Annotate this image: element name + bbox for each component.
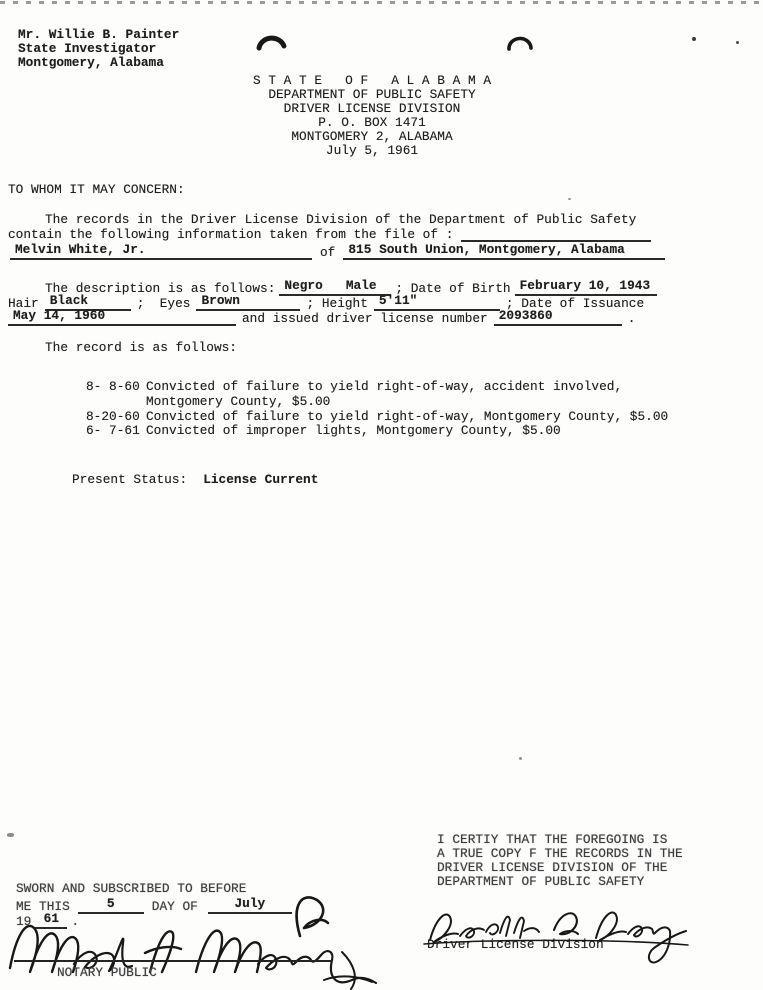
letterhead-pobox-line: P. O. BOX 1471 [197, 116, 547, 130]
record-entry-3-date: 6- 7-61 [86, 424, 140, 438]
intro-line-2: contain the following information taken … [8, 228, 651, 242]
record-entry-1-text: Convicted of failure to yield right-of-w… [146, 380, 622, 394]
intro-line-3: Melvin White, Jr.of815 South Union, Mont… [10, 243, 665, 260]
certification-line-2: A TRUE COPY F THE RECORDS IN THE [437, 847, 683, 861]
record-entry-2-text: Convicted of failure to yield right-of-w… [146, 410, 668, 424]
letterhead-division-line: DRIVER LICENSE DIVISION [197, 102, 547, 116]
salutation: TO WHOM IT MAY CONCERN: [8, 183, 185, 197]
punch-arc-left-icon [256, 27, 288, 51]
address-field: 815 South Union, Montgomery, Alabama [343, 243, 665, 260]
letterhead-state-line: S T A T E O F A L A B A M A [197, 74, 547, 88]
notary-signature-line [14, 960, 332, 962]
letterhead-department-line: DEPARTMENT OF PUBLIC SAFETY [197, 88, 547, 102]
sender-line-1: Mr. Willie B. Painter [18, 28, 179, 42]
description-line-3: May 14, 1960and issued driver license nu… [8, 309, 635, 326]
file-of-blank-field [461, 229, 651, 242]
record-lead: The record is as follows: [45, 341, 237, 355]
intro-line-1: The records in the Driver License Divisi… [45, 213, 636, 227]
letter-date: July 5, 1961 [197, 144, 547, 158]
issuer-title: Driver License Division [427, 938, 604, 952]
ink-speck [568, 198, 571, 200]
ink-speck [692, 37, 696, 41]
record-entry-2-date: 8-20-60 [86, 410, 140, 424]
ink-speck [736, 41, 739, 44]
issuance-date-field: May 14, 1960 [8, 309, 236, 326]
letterhead-city-line: MONTGOMERY 2, ALABAMA [197, 130, 547, 144]
name-field: Melvin White, Jr. [10, 243, 312, 260]
smudge-mark [7, 833, 14, 837]
sender-line-2: State Investigator [18, 42, 156, 56]
certification-line-3: DRIVER LICENSE DIVISION OF THE [437, 861, 667, 875]
status-value: License Current [203, 472, 318, 487]
status-label: Present Status: [72, 472, 187, 487]
certification-line-4: DEPARTMENT OF PUBLIC SAFETY [437, 875, 644, 889]
license-number-field: 2093860 [494, 309, 622, 326]
notary-title: NOTARY PUBLIC [57, 966, 157, 980]
record-entry-1-date: 8- 8-60 [86, 380, 140, 394]
of-label: of [320, 245, 335, 260]
intro-line-2-text: contain the following information taken … [8, 227, 453, 242]
certification-line-1: I CERTIY THAT THE FOREGOING IS [437, 833, 667, 847]
scanned-letter-page: Mr. Willie B. Painter State Investigator… [0, 0, 763, 990]
punch-arc-right-icon [506, 32, 534, 52]
top-perforation-dots [0, 1, 763, 4]
record-entry-3-text: Convicted of improper lights, Montgomery… [146, 424, 561, 438]
terminal-period: . [628, 311, 636, 326]
status-line: Present Status:License Current [72, 473, 318, 487]
license-label: and issued driver license number [242, 311, 488, 326]
sender-line-3: Montgomery, Alabama [18, 56, 164, 70]
record-entry-1-text-2: Montgomery County, $5.00 [146, 395, 330, 409]
ink-speck [519, 757, 522, 760]
